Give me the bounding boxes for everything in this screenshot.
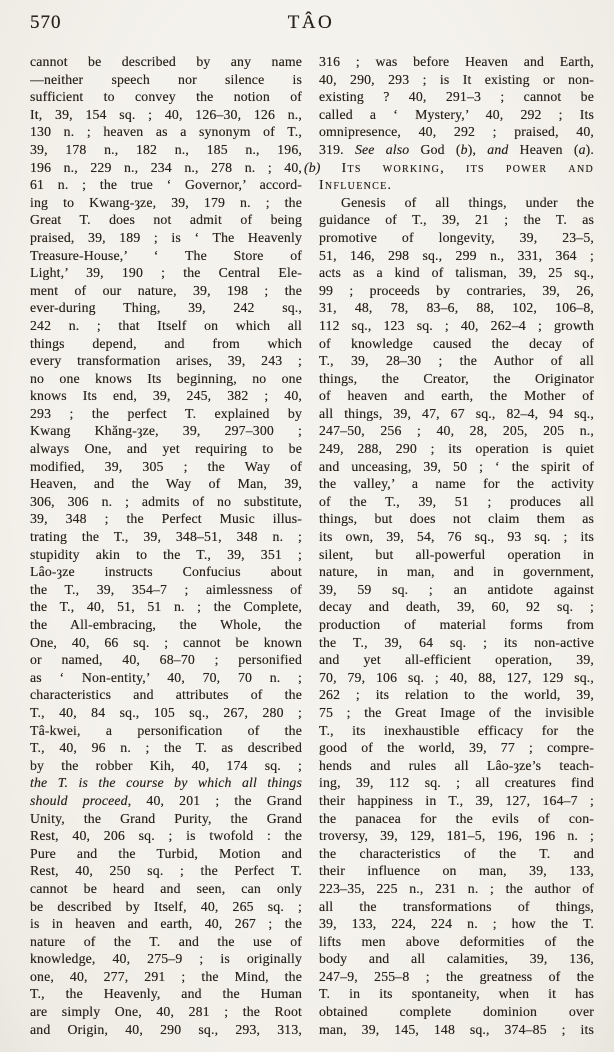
text-line: Influence. (319, 176, 594, 194)
body-text: Kwang Khăng-ȝze, 39, 297–300 ; (30, 423, 302, 438)
body-text: 61 n. ; the true ‘ Governor,’ accord- (30, 177, 302, 192)
text-line: are simply One, 40, 281 ; the Root (30, 1003, 302, 1021)
body-text: 247–50, 256 ; 40, 28, 205, 205 n., (319, 423, 594, 438)
text-line: of knowledge caused the decay of (319, 335, 594, 353)
text-line: 249, 288, 290 ; its operation is quiet (319, 440, 594, 458)
body-text: 196 n., 229 n., 234 n., 278 n. ; 40, (30, 160, 302, 175)
text-line: as ‘ Non-entity,’ 40, 70, 70 n. ; (30, 669, 302, 687)
text-line: 31, 48, 78, 83–6, 88, 102, 106–8, (319, 299, 594, 317)
body-text: or named, 40, 68–70 ; personified (30, 652, 302, 667)
text-line: always One, and yet requiring to be (30, 440, 302, 458)
body-text: 99 ; proceeds by contraries, 39, 26, (319, 283, 594, 298)
text-line: Heaven, and the Way of Man, 39, (30, 475, 302, 493)
body-text: guidance of T., 39, 21 ; the T. as (319, 212, 594, 227)
text-line: modified, 39, 305 ; the Way of (30, 458, 302, 476)
text-line: by the robber Kih, 40, 174 sq. ; (30, 757, 302, 775)
body-text: It, 39, 154 sq. ; 40, 126–30, 126 n., (30, 107, 302, 122)
text-line: the panacea for the evils of con- (319, 810, 594, 828)
text-line: things depend, and from which (30, 335, 302, 353)
text-line: its own, 39, 54, 76 sq., 93 sq. ; its (319, 528, 594, 546)
body-text: the T., 39, 64 sq. ; its non-active (319, 635, 594, 650)
index-column-right: 316 ; was before Heaven and Earth,40, 29… (319, 53, 594, 1038)
italic-text: See also (355, 142, 409, 157)
text-line: 293 ; the perfect T. explained by (30, 405, 302, 423)
body-text: 31, 48, 78, 83–6, 88, 102, 106–8, (319, 300, 594, 315)
body-text: T., 40, 96 n. ; the T. as described (30, 740, 302, 755)
page-header: 570 TÂO (30, 10, 592, 44)
body-text: cannot be described by any name (30, 54, 302, 69)
body-text: the T., 39, 354–7 ; aimlessness of (30, 582, 302, 597)
text-line: 316 ; was before Heaven and Earth, (319, 53, 594, 71)
body-text: Heaven, and the Way of Man, 39, (30, 476, 302, 491)
text-line: decay and death, 39, 60, 92 sq. ; (319, 598, 594, 616)
text-line: 39, 348 ; the Perfect Music illus- (30, 510, 302, 528)
text-line: 223–35, 225 n., 231 n. ; the author of (319, 880, 594, 898)
text-columns: cannot be described by any name—neither … (30, 53, 594, 1038)
body-text: T., 39, 28–30 ; the Author of all (319, 353, 594, 368)
body-text: man, 39, 145, 148 sq., 374–85 ; its (319, 1022, 594, 1037)
body-text: things, but does not claim them as (319, 511, 594, 526)
running-head: TÂO (30, 12, 592, 34)
text-line: Pure and the Turbid, Motion and (30, 845, 302, 863)
body-text: of heaven and earth, the Mother of (319, 388, 594, 403)
text-line: or named, 40, 68–70 ; personified (30, 651, 302, 669)
text-line: production of material forms from (319, 616, 594, 634)
body-text: always One, and yet requiring to be (30, 441, 302, 456)
text-line: 306, 306 n. ; admits of no substitute, (30, 493, 302, 511)
text-line: T., 39, 28–30 ; the Author of all (319, 352, 594, 370)
text-line: of heaven and earth, the Mother of (319, 387, 594, 405)
body-text: things, the Creator, the Originator (319, 371, 594, 386)
body-text: Treasure-House,’ ‘ The Store of (30, 248, 302, 263)
text-line: Light,’ 39, 190 ; the Central Ele- (30, 264, 302, 282)
text-line: T., 40, 84 sq., 105 sq., 267, 280 ; (30, 704, 302, 722)
text-line: man, 39, 145, 148 sq., 374–85 ; its (319, 1021, 594, 1039)
body-text: are simply One, 40, 281 ; the Root (30, 1004, 302, 1019)
body-text: body and all calamities, 39, 136, (319, 951, 594, 966)
text-line: 242 n. ; that Itself on which all (30, 317, 302, 335)
text-line: the characteristics of the T. and (319, 845, 594, 863)
text-line: knows Its end, 39, 245, 382 ; 40, (30, 387, 302, 405)
body-text: knowledge, 40, 275–9 ; is originally (30, 951, 302, 966)
text-line: 39, 133, 224, 224 n. ; how the T. (319, 915, 594, 933)
body-text: the valley,’ a name for the activity (319, 476, 594, 491)
text-line: silent, but all-powerful operation in (319, 546, 594, 564)
body-text: 316 ; was before Heaven and Earth, (319, 54, 594, 69)
text-line: obtained complete dominion over (319, 1003, 594, 1021)
text-line: trating the T., 39, 348–51, 348 n. ; (30, 528, 302, 546)
body-text: knows Its end, 39, 245, 382 ; 40, (30, 388, 302, 403)
body-text: promotive of longevity, 39, 23–5, (319, 230, 594, 245)
body-text: Heaven ( (508, 142, 578, 157)
italic-text: a (579, 142, 586, 157)
text-line: 247–50, 256 ; 40, 28, 205, 205 n., (319, 422, 594, 440)
body-text: modified, 39, 305 ; the Way of (30, 459, 302, 474)
text-line: One, 40, 66 sq. ; cannot be known (30, 634, 302, 652)
text-line: T., the Heavenly, and the Human (30, 985, 302, 1003)
body-text: and unceasing, 39, 50 ; ‘ the spirit of (319, 459, 594, 474)
text-line: 39, 59 sq. ; an antidote against (319, 581, 594, 599)
text-line: knowledge, 40, 275–9 ; is originally (30, 950, 302, 968)
text-line: is in heaven and earth, 40, 267 ; the (30, 915, 302, 933)
text-line: things, but does not claim them as (319, 510, 594, 528)
text-line: T., its inexhaustible efficacy for the (319, 722, 594, 740)
text-line: ever-during Thing, 39, 242 sq., (30, 299, 302, 317)
body-text: ing, 39, 112 sq. ; all creatures find (319, 775, 594, 790)
text-line: Tâ-kwei, a personification of the (30, 722, 302, 740)
body-text: the panacea for the evils of con- (319, 811, 594, 826)
text-line: 75 ; the Great Image of the invisible (319, 704, 594, 722)
body-text: 319. (319, 142, 355, 157)
text-line: and Origin, 40, 290 sq., 293, 313, (30, 1021, 302, 1039)
body-text: Rest, 40, 206 sq. ; is twofold : the (30, 828, 302, 843)
body-text: nature, in man, and in government, (319, 564, 594, 579)
body-text: 242 n. ; that Itself on which all (30, 318, 302, 333)
text-line: Great T. does not admit of being (30, 211, 302, 229)
body-text: One, 40, 66 sq. ; cannot be known (30, 635, 302, 650)
body-text: be described by Itself, 40, 265 sq. ; (30, 899, 302, 914)
text-line: 130 n. ; heaven as a synonym of T., (30, 123, 302, 141)
text-line: and yet all-efficient operation, 39, (319, 651, 594, 669)
body-text: as ‘ Non-entity,’ 40, 70, 70 n. ; (30, 670, 302, 685)
text-line: things, the Creator, the Originator (319, 370, 594, 388)
body-text: characteristics and attributes of the (30, 687, 302, 702)
body-text: troversy, 39, 129, 181–5, 196, 196 n. ; (319, 828, 594, 843)
body-text: all things, 39, 47, 67 sq., 82–4, 94 sq.… (319, 406, 594, 421)
body-text: , 40, 201 ; the Grand (128, 793, 302, 808)
text-line: praised, 39, 189 ; is ‘ The Heavenly (30, 229, 302, 247)
body-text: 39, 348 ; the Perfect Music illus- (30, 511, 302, 526)
body-text: by the robber Kih, 40, 174 sq. ; (30, 758, 302, 773)
italic-text: and (487, 142, 508, 157)
body-text: 51, 146, 298 sq., 299 n., 331, 364 ; (319, 248, 594, 263)
text-line: 112 sq., 123 sq. ; 40, 262–4 ; growth (319, 317, 594, 335)
body-text: its own, 39, 54, 76 sq., 93 sq. ; its (319, 529, 594, 544)
text-line: body and all calamities, 39, 136, (319, 950, 594, 968)
text-line: sufficient to convey the notion of (30, 88, 302, 106)
body-text: decay and death, 39, 60, 92 sq. ; (319, 599, 594, 614)
text-line: good of the world, 39, 77 ; compre- (319, 739, 594, 757)
text-line: omnipresence, 40, 292 ; praised, 40, (319, 123, 594, 141)
text-line: their happiness in T., 39, 127, 164–7 ; (319, 792, 594, 810)
body-text: ment of our nature, 39, 198 ; the (30, 283, 302, 298)
text-line: T., 40, 96 n. ; the T. as described (30, 739, 302, 757)
text-line: Rest, 40, 250 sq. ; the Perfect T. (30, 862, 302, 880)
body-text: omnipresence, 40, 292 ; praised, 40, (319, 124, 594, 139)
body-text: the characteristics of the T. and (319, 846, 594, 861)
text-line: the T., 40, 51, 51 n. ; the Complete, (30, 598, 302, 616)
body-text: Light,’ 39, 190 ; the Central Ele- (30, 265, 302, 280)
body-text: lifts men above deformities of the (319, 934, 594, 949)
body-text: T. in its spontaneity, when it has (319, 986, 594, 1001)
text-line: Lâo-ȝze instructs Confucius about (30, 563, 302, 581)
body-text: T., its inexhaustible efficacy for the (319, 723, 594, 738)
text-line: guidance of T., 39, 21 ; the T. as (319, 211, 594, 229)
smallcaps-text: Its working, its power and (321, 160, 594, 175)
text-line: be described by Itself, 40, 265 sq. ; (30, 898, 302, 916)
text-line: ing to Kwang-ȝze, 39, 179 n. ; the (30, 194, 302, 212)
body-text: things depend, and from which (30, 336, 302, 351)
body-text: T., the Heavenly, and the Human (30, 986, 302, 1001)
body-text: silent, but all-powerful operation in (319, 547, 594, 562)
text-line: the T., 39, 354–7 ; aimlessness of (30, 581, 302, 599)
body-text: 306, 306 n. ; admits of no substitute, (30, 494, 302, 509)
text-line: stupidity akin to the T., 39, 351 ; (30, 546, 302, 564)
text-line: promotive of longevity, 39, 23–5, (319, 229, 594, 247)
text-line: the T., 39, 64 sq. ; its non-active (319, 634, 594, 652)
text-line: 61 n. ; the true ‘ Governor,’ accord- (30, 176, 302, 194)
body-text: praised, 39, 189 ; is ‘ The Heavenly (30, 230, 302, 245)
body-text: Unity, the Grand Purity, the Grand (30, 811, 302, 826)
body-text: all the transformations of things, (319, 899, 594, 914)
italic-text: should proceed (30, 793, 128, 808)
text-line: 99 ; proceeds by contraries, 39, 26, (319, 282, 594, 300)
body-text: T., 40, 84 sq., 105 sq., 267, 280 ; (30, 705, 302, 720)
body-text: 75 ; the Great Image of the invisible (319, 705, 594, 720)
body-text: ), (468, 142, 488, 157)
index-column-left: cannot be described by any name—neither … (30, 53, 302, 1038)
body-text: the T., 40, 51, 51 n. ; the Complete, (30, 599, 302, 614)
body-text: ). (586, 142, 594, 157)
text-line: T. in its spontaneity, when it has (319, 985, 594, 1003)
text-line: the valley,’ a name for the activity (319, 475, 594, 493)
text-line: the T. is the course by which all things (30, 774, 302, 792)
text-line: 70, 79, 106 sq. ; 40, 88, 127, 129 sq., (319, 669, 594, 687)
body-text: called a ‘ Mystery,’ 40, 292 ; Its (319, 107, 594, 122)
body-text: every transformation arises, 39, 243 ; (30, 353, 302, 368)
body-text: production of material forms from (319, 617, 594, 632)
body-text: 39, 133, 224, 224 n. ; how the T. (319, 916, 594, 931)
body-text: obtained complete dominion over (319, 1004, 594, 1019)
body-text: Pure and the Turbid, Motion and (30, 846, 302, 861)
body-text: 70, 79, 106 sq. ; 40, 88, 127, 129 sq., (319, 670, 594, 685)
text-line: Treasure-House,’ ‘ The Store of (30, 247, 302, 265)
text-line: 40, 290, 293 ; is It existing or non- (319, 71, 594, 89)
text-line: 262 ; its relation to the world, 39, (319, 686, 594, 704)
body-text: 112 sq., 123 sq. ; 40, 262–4 ; growth (319, 318, 594, 333)
smallcaps-text: Influence. (319, 177, 392, 192)
body-text: acts as a kind of talisman, 39, 25 sq., (319, 265, 594, 280)
body-text: —neither speech nor silence is (30, 72, 302, 87)
body-text: 39, 59 sq. ; an antidote against (319, 582, 594, 597)
body-text: 247–9, 255–8 ; the greatness of the (319, 969, 594, 984)
text-line: troversy, 39, 129, 181–5, 196, 196 n. ; (319, 827, 594, 845)
body-text: their happiness in T., 39, 127, 164–7 ; (319, 793, 594, 808)
italic-text: b (461, 142, 468, 157)
body-text: of the T., 39, 51 ; produces all (319, 494, 594, 509)
text-line: 196 n., 229 n., 234 n., 278 n. ; 40, (30, 159, 302, 177)
body-text: sufficient to convey the notion of (30, 89, 302, 104)
body-text: Tâ-kwei, a personification of the (30, 723, 302, 738)
body-text: 40, 290, 293 ; is It existing or non- (319, 72, 594, 87)
body-text: 249, 288, 290 ; its operation is quiet (319, 441, 594, 456)
body-text: one, 40, 277, 291 ; the Mind, the (30, 969, 302, 984)
body-text: stupidity akin to the T., 39, 351 ; (30, 547, 302, 562)
body-text: nature of the T. and the use of (30, 934, 302, 949)
text-line: their influence on man, 39, 133, (319, 862, 594, 880)
body-text: trating the T., 39, 348–51, 348 n. ; (30, 529, 302, 544)
text-line: Genesis of all things, under the (319, 194, 594, 212)
text-line: all the transformations of things, (319, 898, 594, 916)
body-text: ing to Kwang-ȝze, 39, 179 n. ; the (30, 195, 302, 210)
text-line: should proceed, 40, 201 ; the Grand (30, 792, 302, 810)
text-line: and unceasing, 39, 50 ; ‘ the spirit of (319, 458, 594, 476)
text-line: Unity, the Grand Purity, the Grand (30, 810, 302, 828)
text-line: all things, 39, 47, 67 sq., 82–4, 94 sq.… (319, 405, 594, 423)
body-text: Rest, 40, 250 sq. ; the Perfect T. (30, 863, 302, 878)
body-text: 39, 178 n., 182 n., 185 n., 196, (30, 142, 302, 157)
body-text: Genesis of all things, under the (341, 195, 594, 210)
body-text: good of the world, 39, 77 ; compre- (319, 740, 594, 755)
text-line: Kwang Khăng-ȝze, 39, 297–300 ; (30, 422, 302, 440)
body-text: their influence on man, 39, 133, (319, 863, 594, 878)
text-line: ing, 39, 112 sq. ; all creatures find (319, 774, 594, 792)
book-page: 570 TÂO cannot be described by any name—… (0, 0, 614, 1052)
body-text: Great T. does not admit of being (30, 212, 302, 227)
body-text: existing ? 40, 291–3 ; cannot be (319, 89, 594, 104)
text-line: acts as a kind of talisman, 39, 25 sq., (319, 264, 594, 282)
text-line: cannot be described by any name (30, 53, 302, 71)
text-line: 319. See also God (b), and Heaven (a). (319, 141, 594, 159)
text-line: lifts men above deformities of the (319, 933, 594, 951)
text-line: hends and rules all Lâo-ȝze’s teach- (319, 757, 594, 775)
text-line: Rest, 40, 206 sq. ; is twofold : the (30, 827, 302, 845)
text-line: nature, in man, and in government, (319, 563, 594, 581)
text-line: of the T., 39, 51 ; produces all (319, 493, 594, 511)
body-text: 293 ; the perfect T. explained by (30, 406, 302, 421)
text-line: 51, 146, 298 sq., 299 n., 331, 364 ; (319, 247, 594, 265)
text-line: It, 39, 154 sq. ; 40, 126–30, 126 n., (30, 106, 302, 124)
text-line: no one knows Its beginning, no one (30, 370, 302, 388)
text-line: characteristics and attributes of the (30, 686, 302, 704)
body-text: 130 n. ; heaven as a synonym of T., (30, 124, 302, 139)
body-text: and yet all-efficient operation, 39, (319, 652, 594, 667)
text-line: called a ‘ Mystery,’ 40, 292 ; Its (319, 106, 594, 124)
body-text: of knowledge caused the decay of (319, 336, 594, 351)
text-line: every transformation arises, 39, 243 ; (30, 352, 302, 370)
text-line: 247–9, 255–8 ; the greatness of the (319, 968, 594, 986)
body-text: cannot be heard and seen, can only (30, 881, 302, 896)
body-text: no one knows Its beginning, no one (30, 371, 302, 386)
body-text: and Origin, 40, 290 sq., 293, 313, (30, 1022, 302, 1037)
body-text: ever-during Thing, 39, 242 sq., (30, 300, 302, 315)
body-text: 262 ; its relation to the world, 39, (319, 687, 594, 702)
text-line: the All-embracing, the Whole, the (30, 616, 302, 634)
text-line: (b) Its working, its power and (304, 159, 594, 177)
italic-text: the T. is the course by which all things (30, 775, 302, 790)
text-line: cannot be heard and seen, can only (30, 880, 302, 898)
text-line: existing ? 40, 291–3 ; cannot be (319, 88, 594, 106)
text-line: one, 40, 277, 291 ; the Mind, the (30, 968, 302, 986)
body-text: God ( (409, 142, 460, 157)
text-line: —neither speech nor silence is (30, 71, 302, 89)
body-text: 223–35, 225 n., 231 n. ; the author of (319, 881, 594, 896)
text-line: nature of the T. and the use of (30, 933, 302, 951)
body-text: the All-embracing, the Whole, the (30, 617, 302, 632)
text-line: 39, 178 n., 182 n., 185 n., 196, (30, 141, 302, 159)
body-text: hends and rules all Lâo-ȝze’s teach- (319, 758, 594, 773)
body-text: Lâo-ȝze instructs Confucius about (30, 564, 302, 579)
body-text: is in heaven and earth, 40, 267 ; the (30, 916, 302, 931)
text-line: ment of our nature, 39, 198 ; the (30, 282, 302, 300)
italic-text: (b) (304, 160, 321, 175)
